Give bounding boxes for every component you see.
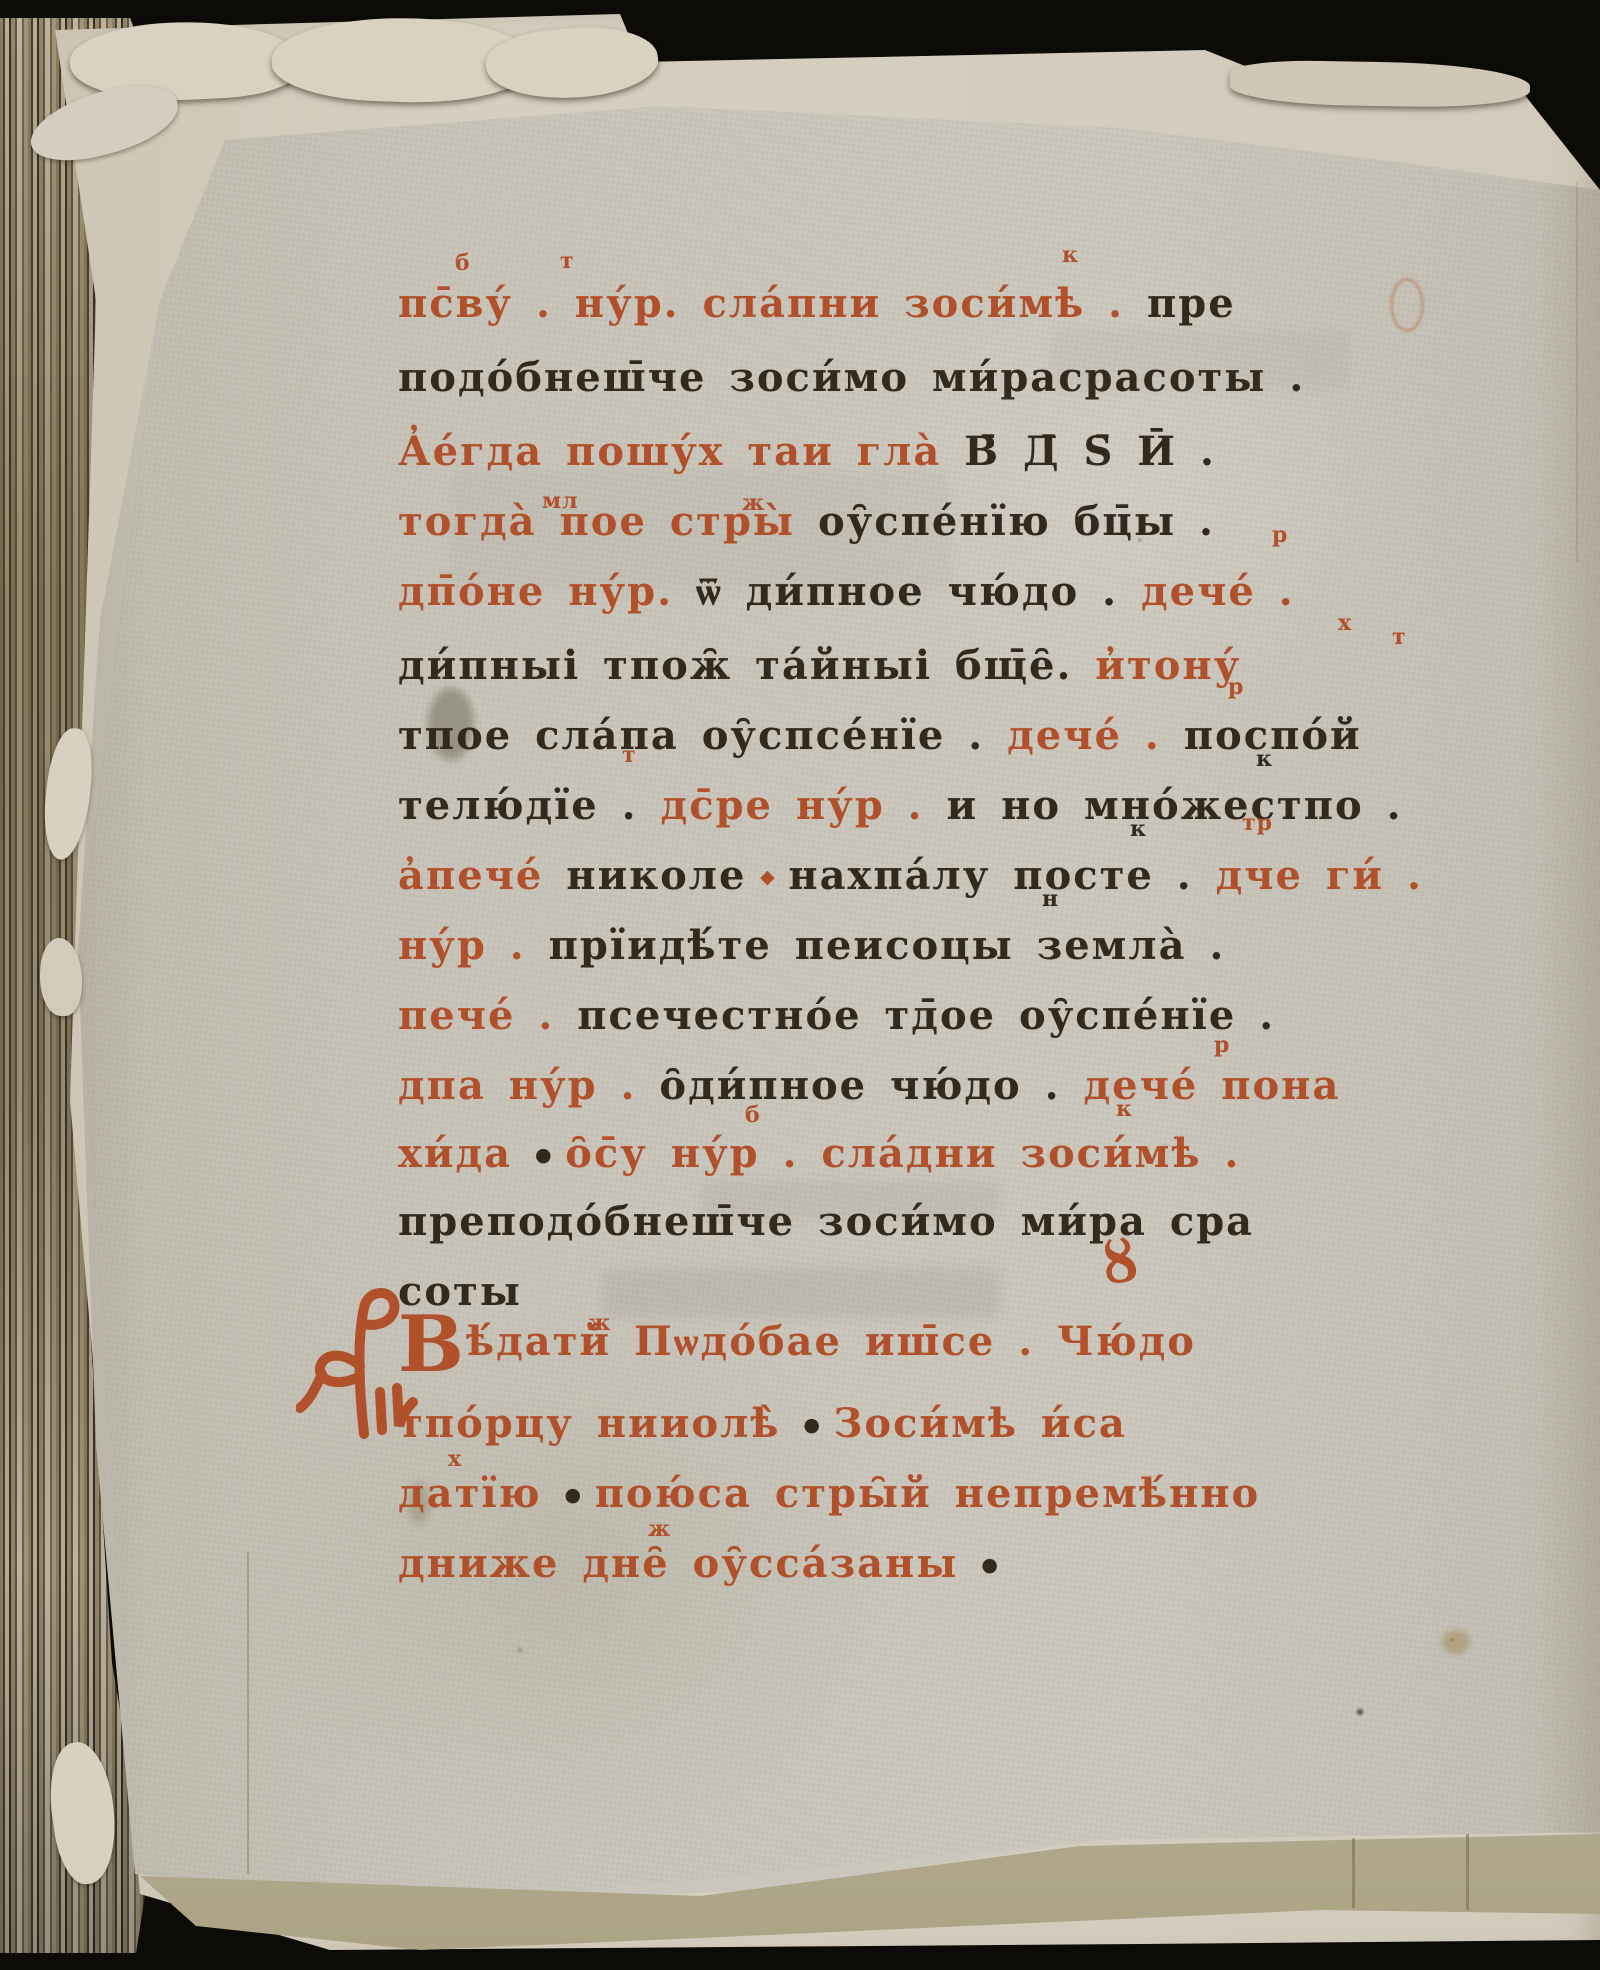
superscript-letter: х [448,1448,462,1470]
superscript-letter: к [1116,1098,1133,1120]
text-segment: николе [566,852,746,899]
superscript-letter: р [1214,1034,1230,1056]
text-segment: ѿ ди́пное чю́до . [696,568,1141,615]
red-ink-ghost-ring [1390,278,1424,332]
text-segment: и̓тону́ [1095,642,1241,689]
superscript-letter: ж [588,1312,611,1334]
text-segment: тпо́рцу нииолѣ̀ [398,1400,803,1447]
superscript-letter: т [622,744,637,766]
text-segment: дече́ . [1007,712,1184,759]
text-segment: тпое сла́па оу̑спсе́нїе . [398,712,1007,759]
text-segment: ● [803,1414,833,1436]
text-segment: оу̑спе́нїю бц̄ы . [818,498,1215,545]
page-crease [1576,182,1578,562]
text-segment: подо́бнеш̄че зоси́мо ми́расрасоты . [398,354,1305,401]
superscript-letter: н [1042,888,1059,910]
text-segment: ● [535,1144,565,1166]
text-segment: дече́ . [1141,568,1295,615]
superscript-letter: б [455,252,471,274]
text-segment: пс̄ву́ . ну́р. сла́пни зоси́мѣ . [398,280,1147,327]
manuscript-photo: { "page": { "ink": { "red": "#b1512b", "… [0,0,1600,1970]
text-segment: ● [565,1484,595,1506]
superscript-letter: б [745,1104,761,1126]
manuscript-line: тпое сла́па оу̑спсе́нїе . дече́ . поспо́… [398,710,1362,762]
superscript-letter: т [1392,626,1407,648]
superscript-letter: т [560,250,575,272]
text-segment: Зоси́мѣ и́са [834,1400,1127,1447]
manuscript-line: дп̄о́не ну́р. ѿ ди́пное чю́до . дече́ . [398,566,1295,618]
text-segment: преподо́бнеш̄че зоси́мо ми́ра сра [398,1198,1254,1245]
superscript-letter: х [1338,612,1352,634]
manuscript-line: подо́бнеш̄че зоси́мо ми́расрасоты . [398,352,1305,404]
text-segment: дниже дне̑ оу̑сса́заны [398,1540,981,1587]
manuscript-line: Вѣ́датй Пѡдо́бае иш̄се . Чю́до [398,1316,1196,1368]
manuscript-line: ну́р . прїидѣ́те пеисоцы земла̀ . [398,920,1225,972]
superscript-letter: к [1062,244,1079,266]
leaf-cut-line [1466,1834,1469,1910]
text-segment: ди́пныі тпож̑ та́йныі бщ̄е̑. [398,642,1095,689]
text-segment: о̑с̄у ну́р . сла́дни зоси́мѣ . [565,1130,1240,1177]
stain [1442,1630,1470,1654]
manuscript-line: а̓пече́ николе ◆ нахпа́лу посте . дче ги… [398,850,1423,903]
text-segment: дпа ну́р . [398,1062,659,1109]
superscript-letter: р [1272,524,1288,546]
manuscript-line: дниже дне̑ оу̑сса́заны ● [398,1538,998,1591]
superscript-letter: ж [648,1518,671,1540]
manuscript-line: ди́пныі тпож̑ та́йныі бщ̄е̑. и̓тону́ [398,640,1241,692]
illuminated-initial: В [398,1299,464,1390]
manuscript-line: дпа ну́р . о̑ди́пное чю́до . дече́ пона [398,1060,1340,1112]
leaf-cut-line [1352,1838,1355,1908]
manuscript-line: датїю ● пою́са стры̑й непремѣ́нно [398,1468,1260,1521]
text-segment: пече́ . [398,992,577,1039]
page-crease [247,1552,249,1874]
superscript-letter: к [1256,748,1273,770]
manuscript-line: пече́ . псечестно́е тд̄ое оу̑спе́нїе . [398,990,1275,1042]
text-segment: В̄ Д̄ Ѕ̄ Ӣ . [964,428,1216,475]
superscript-letter: ж [742,492,765,514]
text-segment: телю́дїе . [398,782,661,829]
text-segment: дп̄о́не ну́р. [398,568,696,615]
manuscript-line: пс̄ву́ . ну́р. сла́пни зоси́мѣ . пре [398,278,1236,330]
manuscript-line: тогда̀ пое стры̀ оу̑спе́нїю бц̄ы . [398,496,1215,548]
text-segment: нахпа́лу посте . [788,852,1215,899]
text-segment: и но мно́жестпо . [947,782,1403,829]
text-segment: дче ги́ . [1216,852,1423,899]
manuscript-line: хи́да ● о̑с̄у ну́р . сла́дни зоси́мѣ . [398,1128,1240,1181]
text-segment: пре [1147,280,1236,327]
text-segment: а̓пече́ [398,852,566,899]
manuscript-line: А̓е́гда пошу́х таи гла̀ В̄ Д̄ Ѕ̄ Ӣ . [398,426,1216,478]
text-segment: псечестно́е тд̄ое оу̑спе́нїе . [577,992,1275,1039]
manuscript-line: преподо́бнеш̄че зоси́мо ми́ра сра [398,1196,1254,1248]
text-segment: дс̄ре ну́р . [661,782,947,829]
text-segment: А̓е́гда пошу́х таи гла̀ [398,428,964,475]
text-segment: ● [981,1554,998,1576]
superscript-letter: мл [542,490,579,512]
text-segment: о̑ди́пное чю́до . [659,1062,1083,1109]
text-segment: ◆ [746,866,788,888]
superscript-letter: р [1228,676,1244,698]
text-segment: датїю [398,1470,565,1517]
text-segment: прїидѣ́те пеисоцы земла̀ . [549,922,1226,969]
superscript-letter: тр [1242,812,1273,834]
text-segment: ѣ́датй Пѡдо́бае иш̄се . Чю́до [466,1318,1196,1365]
text-segment: ну́р . [398,922,549,969]
superscript-letter: к [1130,818,1147,840]
manuscript-line: тпо́рцу нииолѣ̀ ● Зоси́мѣ и́са [398,1398,1127,1451]
text-segment: хи́да [398,1130,535,1177]
ghost-text-bleedthrough [600,1268,1000,1318]
text-segment: пою́са стры̑й непремѣ́нно [595,1470,1261,1517]
